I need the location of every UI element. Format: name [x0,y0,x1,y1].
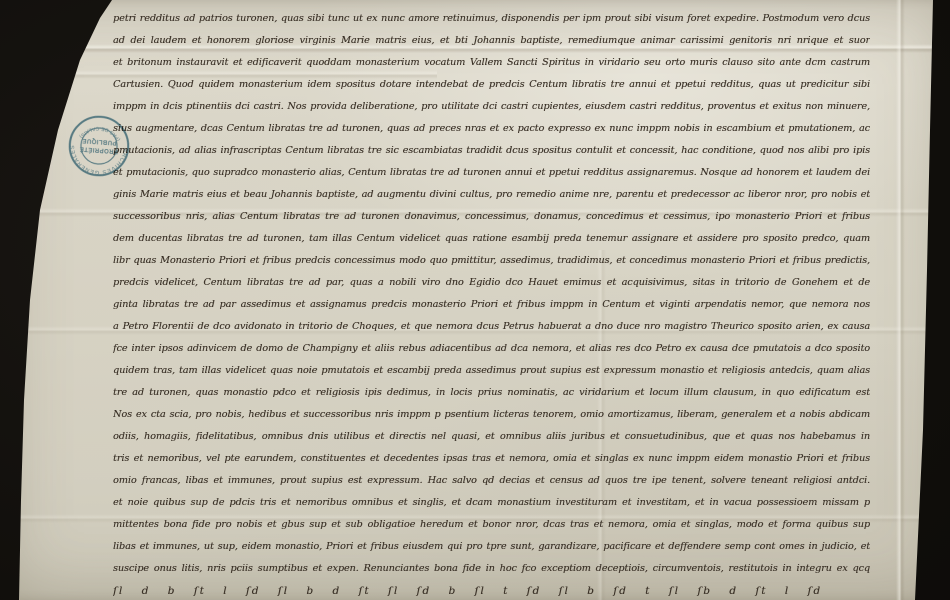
manuscript-line: fce inter ipsos adinvicem de domo de Cha… [113,338,870,360]
manuscript-line: ad dei laudem et honorem gloriose virgin… [113,30,870,52]
manuscript-photo: Centum libratas tre annui et petri reddi… [0,0,950,600]
manuscript-line: dem ducentas libratas tre ad turonen, ta… [113,228,870,250]
manuscript-line: et pmutacionis, quo supradco monasterio … [113,162,870,184]
stamp-center-line2: PUBLIQUE [82,137,117,145]
manuscript-line: tre ad turonen, quas monastio pdco et re… [113,382,870,404]
manuscript-line: quidem tras, tam illas videlicet quas no… [113,360,870,382]
manuscript-line: odiis, homagiis, fidelitatibus, omnibus … [113,426,870,448]
manuscript-line: mittentes bona fide pro nobis et gbus su… [113,514,870,536]
top-line-fragment: Centum libratas tre annui et [113,0,870,8]
manuscript-line: imppm in dcis ptinentiis dci castri. Nos… [113,96,870,118]
manuscript-line: a Petro Florentii de dco avidonato in tr… [113,316,870,338]
manuscript-line: Nos ex cta scia, pro nobis, hedibus et s… [113,404,870,426]
manuscript-line: pmutacionis, ad alias infrascriptas Cent… [113,140,870,162]
parchment: Centum libratas tre annui et petri reddi… [0,0,950,600]
manuscript-line: ginis Marie matris eius et beau Johannis… [113,184,870,206]
manuscript-line: omio francas, libas et immunes, prout su… [113,470,870,492]
bottom-line-fragment: ſl d b ſt l ſd ſl b d ſt ſl ſd b ſl t ſd… [113,580,870,600]
manuscript-line: tris et nemoribus, vel pte earundem, con… [113,448,870,470]
stamp-center-line1: PROPRIÉTÉ [79,145,118,156]
manuscript-line: Cartusien. Quod quidem monasterium idem … [113,74,870,96]
manuscript-line: suscipe onus litis, nris pciis sumptibus… [113,558,870,580]
manuscript-line: ginta libratas tre ad par assedimus et a… [113,294,870,316]
manuscript-lines: petri redditus ad patrios turonen, quas … [113,8,870,580]
manuscript-line: et noie quibus sup de pdcis tris et nemo… [113,492,870,514]
manuscript-line: et britonum instauravit et edificaverit … [113,52,870,74]
archive-stamp: ARCHIVES GÉNÉRALES (PAS-DE-CALAIS) PROPR… [53,100,145,192]
manuscript-line: libr quas Monasterio Priori et fribus pr… [113,250,870,272]
manuscript-line: libas et immunes, ut sup, eidem monastio… [113,536,870,558]
stamp-outer-ring [68,115,130,177]
manuscript-line: predcis videlicet, Centum libratas tre a… [113,272,870,294]
manuscript-line: sius augmentare, dcas Centum libratas tr… [113,118,870,140]
manuscript-line: successoribus nris, alias Centum librata… [113,206,870,228]
manuscript-text: Centum libratas tre annui et petri reddi… [113,0,870,600]
manuscript-line: petri redditus ad patrios turonen, quas … [113,8,870,30]
